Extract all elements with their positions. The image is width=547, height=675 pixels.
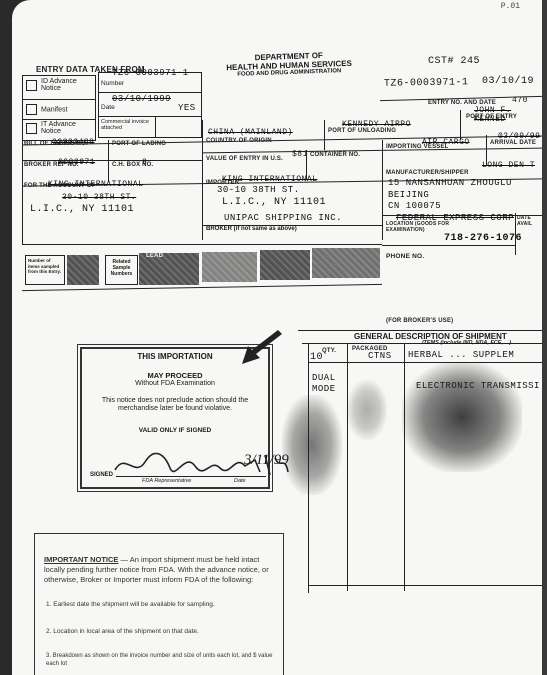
number-label: Number (101, 80, 124, 87)
importer-addr1: 30-10 38TH ST. (217, 185, 300, 195)
arrival-date-value: 03/09/99 (498, 132, 540, 141)
packaged-value: CTNS (368, 351, 392, 361)
manufacturer-name: LONG DEN T (482, 161, 535, 170)
importing-vessel-value: AIR CARGO (422, 138, 470, 147)
date-label: Date (101, 104, 115, 111)
entry-date-value: 03/10/1999 (112, 94, 171, 104)
country-of-origin-label: COUNTRY OF ORIGIN (206, 138, 272, 144)
port-of-unloading-label: PORT OF UNLOADING (328, 128, 396, 134)
entry-date-header: 03/10/19 (482, 76, 534, 87)
date-available-label: DATE AVAIL (517, 215, 539, 227)
qty-label: QTY. (322, 348, 336, 354)
manufacturer-addr1: 15 NANSANHUAN ZHOUGLU (388, 178, 512, 188)
items-sampled-label: Number of items sampled from this Entry. (26, 256, 64, 277)
notice-item-1: 1. Earliest date the shipment will be av… (46, 600, 278, 610)
related-sample-label: Related Sample Numbers (106, 256, 137, 280)
brokers-use-label: (FOR BROKER'S USE) (386, 318, 453, 324)
container-no-label: CONTAINER NO. (310, 152, 360, 158)
row-qty: DUAL MODE (312, 373, 346, 395)
value-of-entry-label: VALUE OF ENTRY IN U.S. (206, 156, 283, 162)
items-sampled-cell: Number of items sampled from this Entry. (25, 255, 65, 285)
entry-number-value: TZ6-0003971-1 (112, 68, 189, 78)
broker-label: BROKER (if not same as above) (206, 226, 297, 232)
notice-proceed: MAY PROCEED (80, 371, 270, 380)
agency-header: DEPARTMENT OF HEALTH AND HUMAN SERVICES … (204, 49, 375, 79)
manufacturer-addr3: CN 100075 (388, 201, 441, 211)
notice-item-2: 2. Location in local area of the shipmen… (46, 627, 278, 637)
page-marker: P.01 (501, 2, 520, 11)
checkbox-manifest[interactable]: Manifest (26, 104, 67, 115)
cst-number: CST# 245 (428, 56, 480, 67)
port-of-entry-label: PORT OF ENTRY (466, 114, 517, 120)
checkbox-it-advance[interactable]: IT Advance Notice (26, 121, 96, 135)
important-notice-heading: IMPORTANT NOTICE (44, 555, 118, 564)
notice-without: Without FDA Examination (80, 380, 270, 387)
checkbox-icon[interactable] (26, 104, 37, 115)
ch-box-value: 9 (142, 158, 147, 167)
redacted-cell (260, 250, 310, 280)
checkbox-id-advance[interactable]: ID Advance Notice (26, 78, 96, 92)
country-of-origin-value: CHINA (MAINLAND) (208, 128, 293, 137)
items-value: HERBAL ... SUPPLEM (408, 350, 514, 360)
scan-smudge (347, 380, 387, 440)
redacted-cell (202, 252, 257, 282)
items-label: ITEMS (include IND, NDA, FCE, ...) (422, 340, 511, 346)
broker-ref-value: 0003971 (58, 158, 95, 167)
phone-label: PHONE NO. (386, 253, 424, 260)
manufacturer-addr2: BEIJING (388, 190, 429, 200)
redacted-cell (67, 255, 99, 285)
scan-smudge (402, 362, 522, 472)
notice-disclaimer: This notice does not preclude action sho… (100, 397, 250, 413)
notice-valid: VALID ONLY IF SIGNED (80, 427, 270, 434)
pointer-arrow-icon (236, 330, 286, 370)
lead-label: LEAD (146, 253, 163, 259)
scan-smudge (282, 395, 342, 495)
scanner-edge (542, 0, 547, 675)
fda-entry-form-page: P.01 ENTRY DATA TAKEN FROM DEPARTMENT OF… (12, 0, 542, 675)
importer-addr2: L.I.C., NY 11101 (222, 197, 326, 208)
notice-item-3: 3. Breakdown as shown on the invoice num… (46, 652, 278, 668)
commercial-invoice-label: Commercial invoice attached (101, 119, 155, 131)
important-notice-text: IMPORTANT NOTICE — An import shipment mu… (44, 555, 276, 585)
entry-number-header: TZ6-0003971-1 (384, 77, 469, 89)
entry-no-suffix: 470 (512, 96, 528, 105)
broker-value: UNIPAC SHIPPING INC. (224, 213, 342, 223)
checkbox-icon[interactable] (26, 123, 37, 134)
yes-value: YES (178, 103, 196, 113)
checkbox-icon[interactable] (26, 80, 37, 91)
for-account-addr1: 30-10 38TH ST. (62, 193, 136, 202)
for-account-addr2: L.I.C., NY 11101 (30, 204, 134, 215)
redacted-cell (312, 248, 380, 278)
related-sample-cell: Related Sample Numbers (105, 255, 138, 285)
manufacturer-label: MANUFACTURER/SHIPPER (386, 170, 469, 176)
bill-of-lading-value: 02303488 (52, 138, 94, 147)
phone-value: 718-276-1076 (444, 233, 522, 244)
for-account-label: FOR THE ACCOUNT OF (24, 183, 95, 189)
location-label: LOCATION (Goods for examination) (386, 221, 456, 233)
port-of-lading-label: PORT OF LADING (112, 141, 166, 147)
